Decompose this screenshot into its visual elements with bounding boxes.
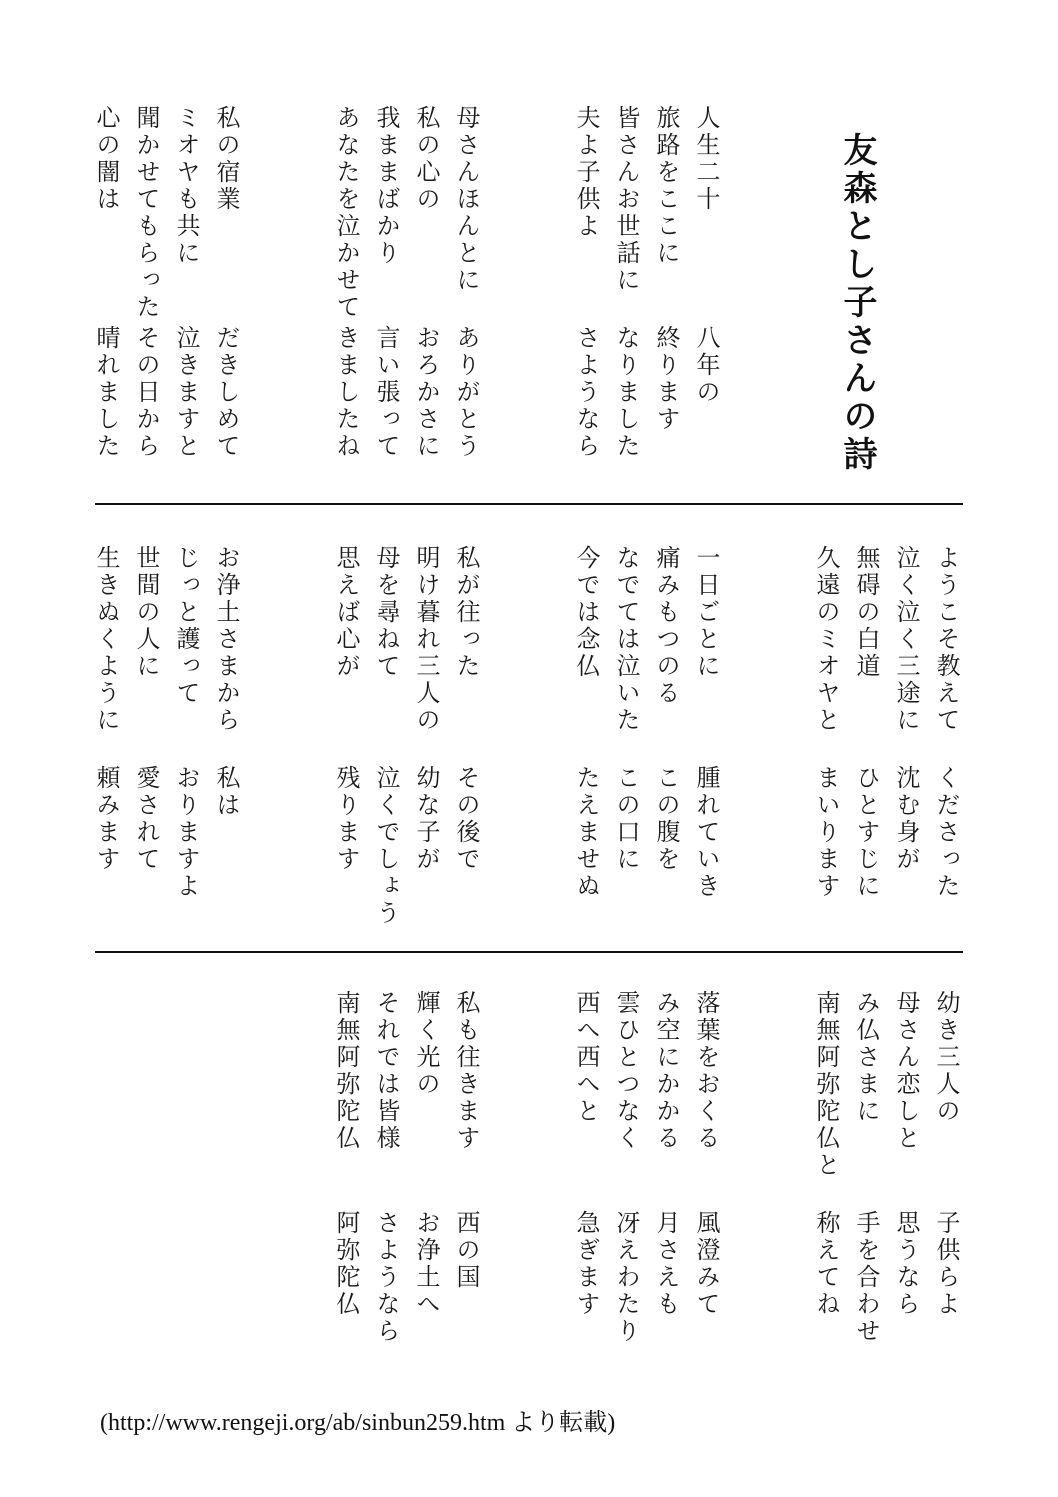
poem-line: その後で [452, 765, 480, 873]
poem-line: 幼な子が [412, 765, 440, 873]
poem-line: 晴れました [92, 325, 120, 460]
poem-title: 友森とし子さんの詩 [838, 132, 876, 474]
poem-line: だきしめて [212, 325, 240, 460]
poem-line: 一日ごとに [692, 545, 720, 680]
poem-line: 終ります [652, 325, 680, 433]
poem-line: おろかさに [412, 325, 440, 460]
poem-line: 明け暮れ三人の [412, 545, 440, 734]
poem-line: たえませぬ [572, 765, 600, 900]
poem-line: 風澄みて [692, 1210, 720, 1318]
poem-line: 夫よ子供よ [572, 105, 600, 240]
poem-line: 私が往った [452, 545, 480, 680]
poem-line: 西へ西へと [572, 990, 600, 1125]
poem-line: ありがとう [452, 325, 480, 460]
poem-line: 南無阿弥陀仏と [812, 990, 840, 1179]
poem-line: み仏さまに [852, 990, 880, 1125]
poem-line: 今では念仏 [572, 545, 600, 680]
poem-line: 私も往きます [452, 990, 480, 1152]
poem-line: 輝く光の [412, 990, 440, 1098]
section-divider [95, 503, 963, 505]
poem-line: 生きぬくように [92, 545, 120, 734]
poem-line: まいります [812, 765, 840, 900]
poem-line: さようなら [372, 1210, 400, 1345]
poem-line: この腹を [652, 765, 680, 873]
section-divider [95, 951, 963, 953]
poem-line: 幼き三人の [932, 990, 960, 1125]
poem-line: きましたね [332, 325, 360, 460]
poem-line: 阿弥陀仏 [332, 1210, 360, 1318]
poem-line: 八年の [692, 325, 720, 406]
poem-line: 聞かせてもらった [132, 105, 160, 321]
poem-line: その日から [132, 325, 160, 460]
poem-line: 母さんほんとに [452, 105, 480, 294]
poem-line: 痛みもつのる [652, 545, 680, 707]
poem-line: 手を合わせ [852, 1210, 880, 1345]
poem-line: 思うなら [892, 1210, 920, 1318]
poem-line: じっと護って [172, 545, 200, 707]
poem-line: 泣く泣く三途に [892, 545, 920, 734]
poem-line: 子供らよ [932, 1210, 960, 1318]
poem-line: 泣きますと [172, 325, 200, 460]
poem-line: 久遠のミオヤと [812, 545, 840, 734]
poem-line: 思えば心が [332, 545, 360, 680]
poem-line: この口に [612, 765, 640, 873]
poem-line: なでては泣いた [612, 545, 640, 734]
poem-line: 南無阿弥陀仏 [332, 990, 360, 1152]
poem-line: おりますよ [172, 765, 200, 900]
poem-line: 残ります [332, 765, 360, 873]
poem-line: 世間の人に [132, 545, 160, 680]
poem-line: それでは皆様 [372, 990, 400, 1152]
poem-line: 人生二十 [692, 105, 720, 213]
poem-line: 沈む身が [892, 765, 920, 873]
poem-line: 月さえも [652, 1210, 680, 1318]
source-citation: (http://www.rengeji.org/ab/sinbun259.htm… [100, 1402, 615, 1437]
poem-line: 私の心の [412, 105, 440, 213]
poem-line: あなたを泣かせて [332, 105, 360, 321]
poem-line: 称えてね [812, 1210, 840, 1318]
poem-line: 西の国 [452, 1210, 480, 1291]
poem-line: 腫れていき [692, 765, 720, 900]
poem-line: 無碍の白道 [852, 545, 880, 680]
poem-line: 心の闇は [92, 105, 120, 213]
poem-line: 私は [212, 765, 240, 819]
poem-line: お浄土へ [412, 1210, 440, 1318]
poem-line: 母さん恋しと [892, 990, 920, 1152]
poem-line: 我ままばかり [372, 105, 400, 267]
poem-line: ようこそ教えて [932, 545, 960, 734]
poem-line: み空にかかる [652, 990, 680, 1152]
poem-line: 落葉をおくる [692, 990, 720, 1152]
poem-line: 愛されて [132, 765, 160, 873]
poem-line: くださった [932, 765, 960, 900]
poem-line: 私の宿業 [212, 105, 240, 213]
poem-line: 雲ひとつなく [612, 990, 640, 1152]
poem-line: ひとすじに [852, 765, 880, 900]
poem-line: ミオヤも共に [172, 105, 200, 267]
poem-line: お浄土さまから [212, 545, 240, 734]
poem-line: 母を尋ねて [372, 545, 400, 680]
poem-line: 言い張って [372, 325, 400, 460]
poem-line: 頼みます [92, 765, 120, 873]
poem-line: さようなら [572, 325, 600, 460]
poem-line: なりました [612, 325, 640, 460]
poem-line: 旅路をここに [652, 105, 680, 267]
poem-line: 急ぎます [572, 1210, 600, 1318]
poem-line: 泣くでしょう [372, 765, 400, 927]
poem-line: 冴えわたり [612, 1210, 640, 1345]
poem-line: 皆さんお世話に [612, 105, 640, 294]
